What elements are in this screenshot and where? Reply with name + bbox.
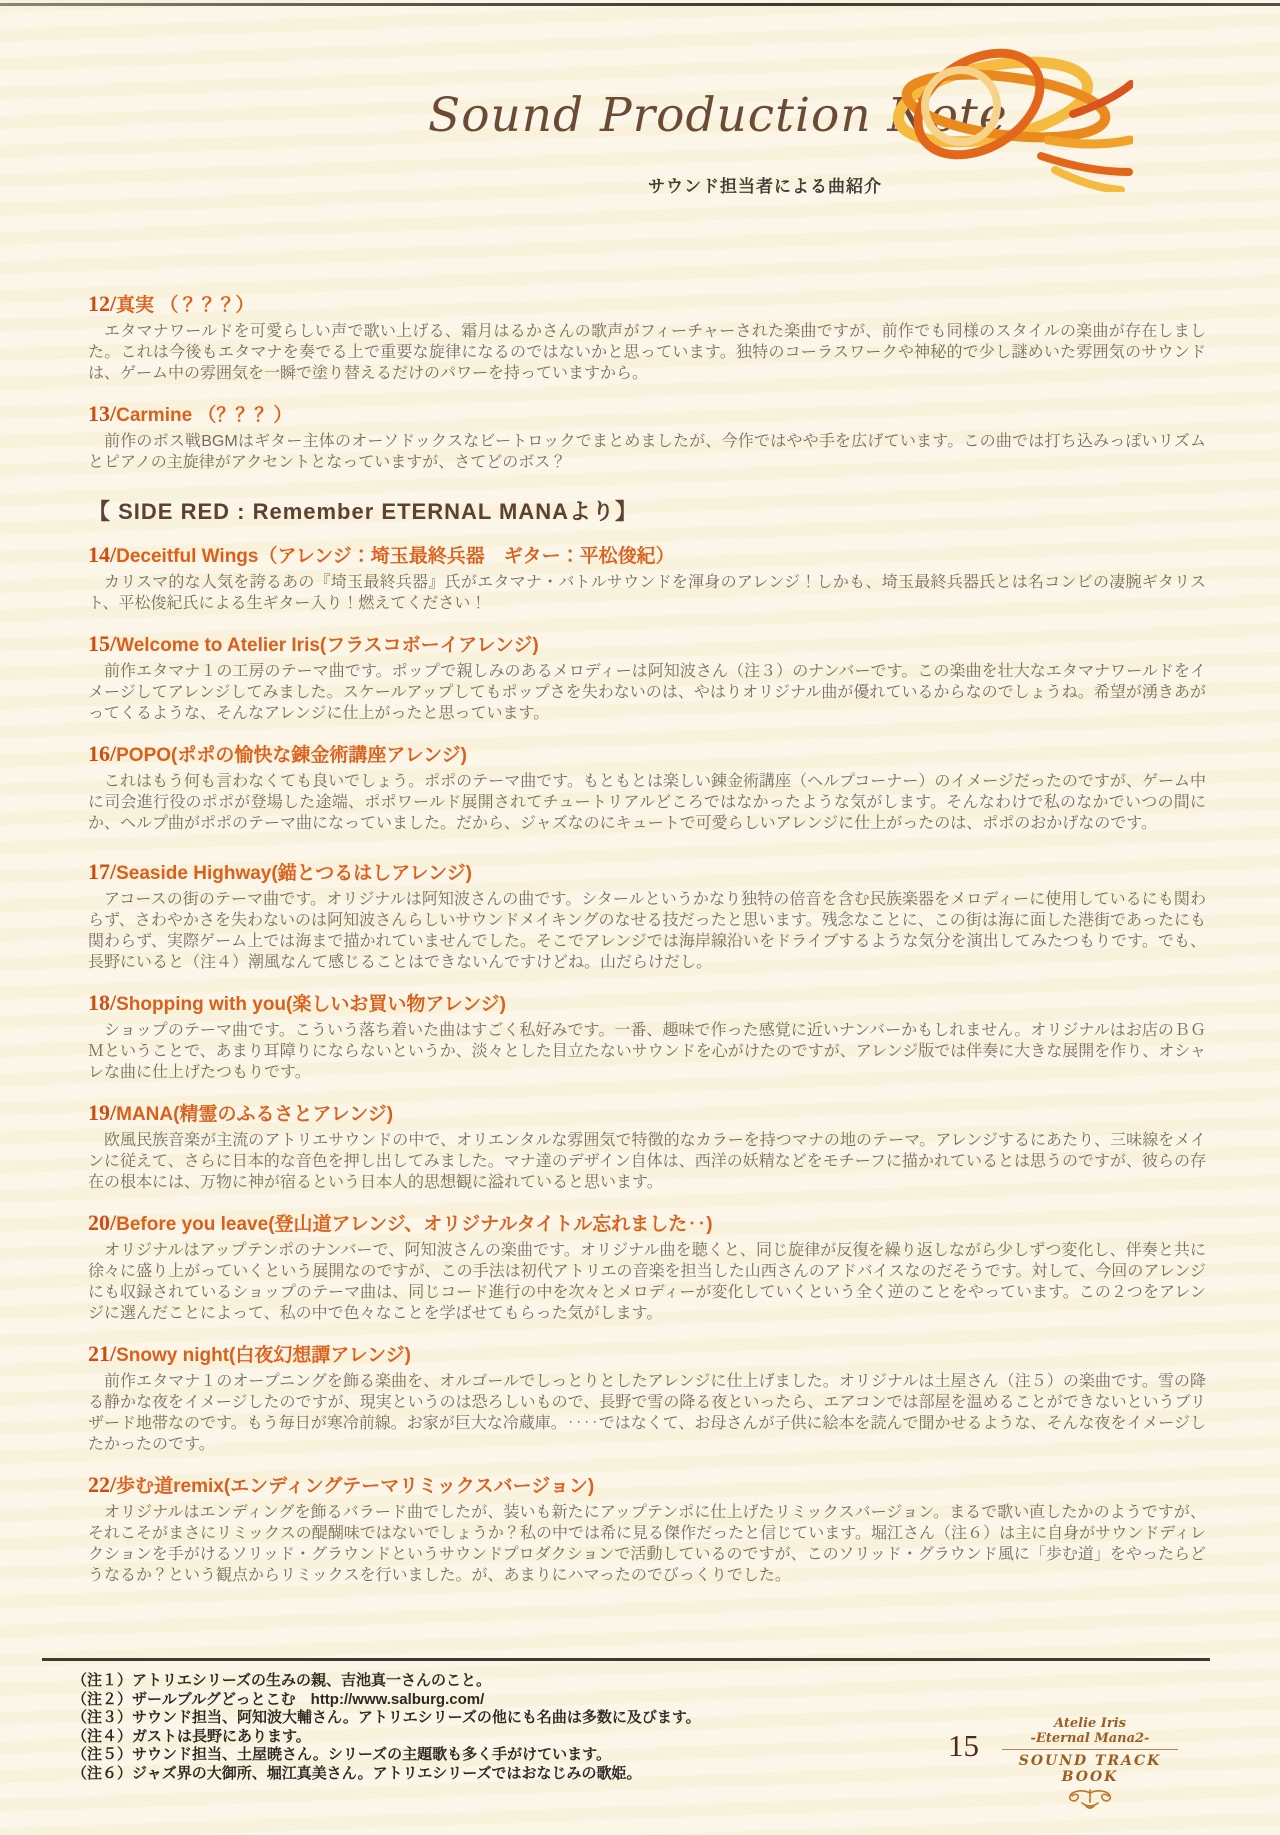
track-title: MANA(精霊のふるさとアレンジ): [116, 1104, 393, 1125]
side-red-section-header: 【 SIDE RED : Remember ETERNAL MANAより】: [88, 499, 1206, 525]
ribbon-knot-ornament-icon: [843, 44, 1133, 197]
footnote-6: （注６）ジャズ界の大御所、堀江真美さん。アトリエシリーズではおなじみの歌姫。: [72, 1765, 772, 1784]
track-heading: 16/POPO(ポポの愉快な錬金術講座アレンジ): [88, 742, 1206, 768]
footnote-1: （注１）アトリエシリーズの生みの親、吉池真一さんのこと。: [72, 1672, 772, 1691]
track-heading: 15/Welcome to Atelier Iris(フラスコボーイアレンジ): [88, 632, 1206, 658]
footnote-divider-rule: [42, 1658, 1210, 1661]
track-number: 15/: [88, 631, 116, 656]
brand-title: Atelie Iris: [998, 1716, 1182, 1731]
track-heading: 14/Deceitful Wings（アレンジ：埼玉最終兵器 ギター：平松俊紀）: [88, 543, 1206, 569]
track-section-15: 15/Welcome to Atelier Iris(フラスコボーイアレンジ) …: [88, 632, 1206, 724]
track-description: エタマナワールドを可愛らしい声で歌い上げる、霜月はるかさんの歌声がフィーチャーさ…: [88, 321, 1206, 384]
track-number: 13/: [88, 401, 116, 426]
track-number: 22/: [88, 1472, 116, 1497]
track-title: Snowy night(白夜幻想譚アレンジ): [116, 1345, 411, 1366]
track-number: 18/: [88, 990, 116, 1015]
track-number: 12/: [88, 291, 116, 316]
track-description: 前作エタマナ１のオープニングを飾る楽曲を、オルゴールでしっとりとしたアレンジに仕…: [88, 1371, 1206, 1455]
track-number: 20/: [88, 1210, 116, 1235]
track-description: カリスマ的な人気を誇るあの『埼玉最終兵器』氏がエタマナ・バトルサウンドを渾身のア…: [88, 572, 1206, 614]
page-number: 15: [948, 1728, 979, 1764]
track-notes-column: 12/真実 （？？？） エタマナワールドを可愛らしい声で歌い上げる、霜月はるかさ…: [88, 292, 1206, 1586]
track-section-16: 16/POPO(ポポの愉快な錬金術講座アレンジ) これはもう何も言わなくても良い…: [88, 742, 1206, 834]
track-title: Before you leave(登山道アレンジ、オリジナルタイトル忘れました‥…: [116, 1214, 712, 1235]
track-title: POPO(ポポの愉快な錬金術講座アレンジ): [116, 745, 467, 766]
track-section-14: 14/Deceitful Wings（アレンジ：埼玉最終兵器 ギター：平松俊紀）…: [88, 543, 1206, 614]
footnote-2: （注２）ザールブルグどっとこむ http://www.salburg.com/: [72, 1691, 772, 1710]
brand-divider: [1002, 1749, 1178, 1750]
track-description: 前作のボス戦BGMはギター主体のオーソドックスなビートロックでまとめましたが、今…: [88, 431, 1206, 473]
track-description: これはもう何も言わなくても良いでしょう。ポポのテーマ曲です。もともとは楽しい錬金…: [88, 771, 1206, 834]
track-description: オリジナルはエンディングを飾るバラード曲でしたが、装いも新たにアップテンポに仕上…: [88, 1502, 1206, 1586]
track-description: アコースの街のテーマ曲です。オリジナルは阿知波さんの曲です。シタールというかなり…: [88, 889, 1206, 973]
track-heading: 18/Shopping with you(楽しいお買い物アレンジ): [88, 991, 1206, 1017]
track-description: ショップのテーマ曲です。こういう落ち着いた曲はすごく私好みです。一番、趣味で作っ…: [88, 1020, 1206, 1083]
track-heading: 12/真実 （？？？）: [88, 292, 1206, 318]
track-number: 16/: [88, 741, 116, 766]
track-title: 真実 （？？？）: [116, 295, 254, 316]
track-heading: 13/Carmine （？？？）: [88, 402, 1206, 428]
track-title: Welcome to Atelier Iris(フラスコボーイアレンジ): [116, 635, 539, 656]
brand-book-name: SOUND TRACK BOOK: [998, 1753, 1182, 1785]
track-title: Deceitful Wings（アレンジ：埼玉最終兵器 ギター：平松俊紀）: [116, 546, 674, 567]
track-number: 21/: [88, 1341, 116, 1366]
brand-subtitle: -Eternal Mana2-: [998, 1731, 1182, 1746]
track-section-17: 17/Seaside Highway(錨とつるはしアレンジ) アコースの街のテー…: [88, 860, 1206, 973]
track-heading: 22/歩む道remix(エンディングテーマリミックスバージョン): [88, 1473, 1206, 1499]
track-section-18: 18/Shopping with you(楽しいお買い物アレンジ) ショップのテ…: [88, 991, 1206, 1083]
flourish-ornament-icon: [998, 1787, 1182, 1816]
track-title: Seaside Highway(錨とつるはしアレンジ): [116, 863, 472, 884]
track-section-13: 13/Carmine （？？？） 前作のボス戦BGMはギター主体のオーソドックス…: [88, 402, 1206, 473]
track-section-21: 21/Snowy night(白夜幻想譚アレンジ) 前作エタマナ１のオープニング…: [88, 1342, 1206, 1455]
track-description: 欧風民族音楽が主流のアトリエサウンドの中で、オリエンタルな雰囲気で特徴的なカラー…: [88, 1130, 1206, 1193]
track-section-12: 12/真実 （？？？） エタマナワールドを可愛らしい声で歌い上げる、霜月はるかさ…: [88, 292, 1206, 384]
book-brand-block: Atelie Iris -Eternal Mana2- SOUND TRACK …: [998, 1716, 1182, 1816]
track-title: Carmine （？？？）: [116, 405, 292, 426]
track-heading: 21/Snowy night(白夜幻想譚アレンジ): [88, 1342, 1206, 1368]
track-number: 19/: [88, 1100, 116, 1125]
scanned-booklet-page: { "page": { "title": "Sound Production N…: [0, 0, 1280, 1835]
footnote-5: （注５）サウンド担当、土屋暁さん。シリーズの主題歌も多く手がけています。: [72, 1746, 772, 1765]
footnote-4: （注４）ガストは長野にあります。: [72, 1728, 772, 1747]
footnotes-block: （注１）アトリエシリーズの生みの親、吉池真一さんのこと。 （注２）ザールブルグど…: [72, 1672, 772, 1783]
track-title: 歩む道remix(エンディングテーマリミックスバージョン): [116, 1476, 594, 1497]
track-heading: 19/MANA(精霊のふるさとアレンジ): [88, 1101, 1206, 1127]
track-description: 前作エタマナ１の工房のテーマ曲です。ポップで親しみのあるメロディーは阿知波さん（…: [88, 661, 1206, 724]
footnote-3: （注３）サウンド担当、阿知波大輔さん。アトリエシリーズの他にも名曲は多数に及びま…: [72, 1709, 772, 1728]
track-section-22: 22/歩む道remix(エンディングテーマリミックスバージョン) オリジナルはエ…: [88, 1473, 1206, 1586]
track-heading: 17/Seaside Highway(錨とつるはしアレンジ): [88, 860, 1206, 886]
track-section-20: 20/Before you leave(登山道アレンジ、オリジナルタイトル忘れま…: [88, 1211, 1206, 1324]
track-number: 17/: [88, 859, 116, 884]
track-heading: 20/Before you leave(登山道アレンジ、オリジナルタイトル忘れま…: [88, 1211, 1206, 1237]
track-title: Shopping with you(楽しいお買い物アレンジ): [116, 994, 506, 1015]
scan-edge-line: [0, 3, 1280, 6]
track-number: 14/: [88, 542, 116, 567]
track-description: オリジナルはアップテンポのナンバーで、阿知波さんの楽曲です。オリジナル曲を聴くと…: [88, 1240, 1206, 1324]
track-section-19: 19/MANA(精霊のふるさとアレンジ) 欧風民族音楽が主流のアトリエサウンドの…: [88, 1101, 1206, 1193]
